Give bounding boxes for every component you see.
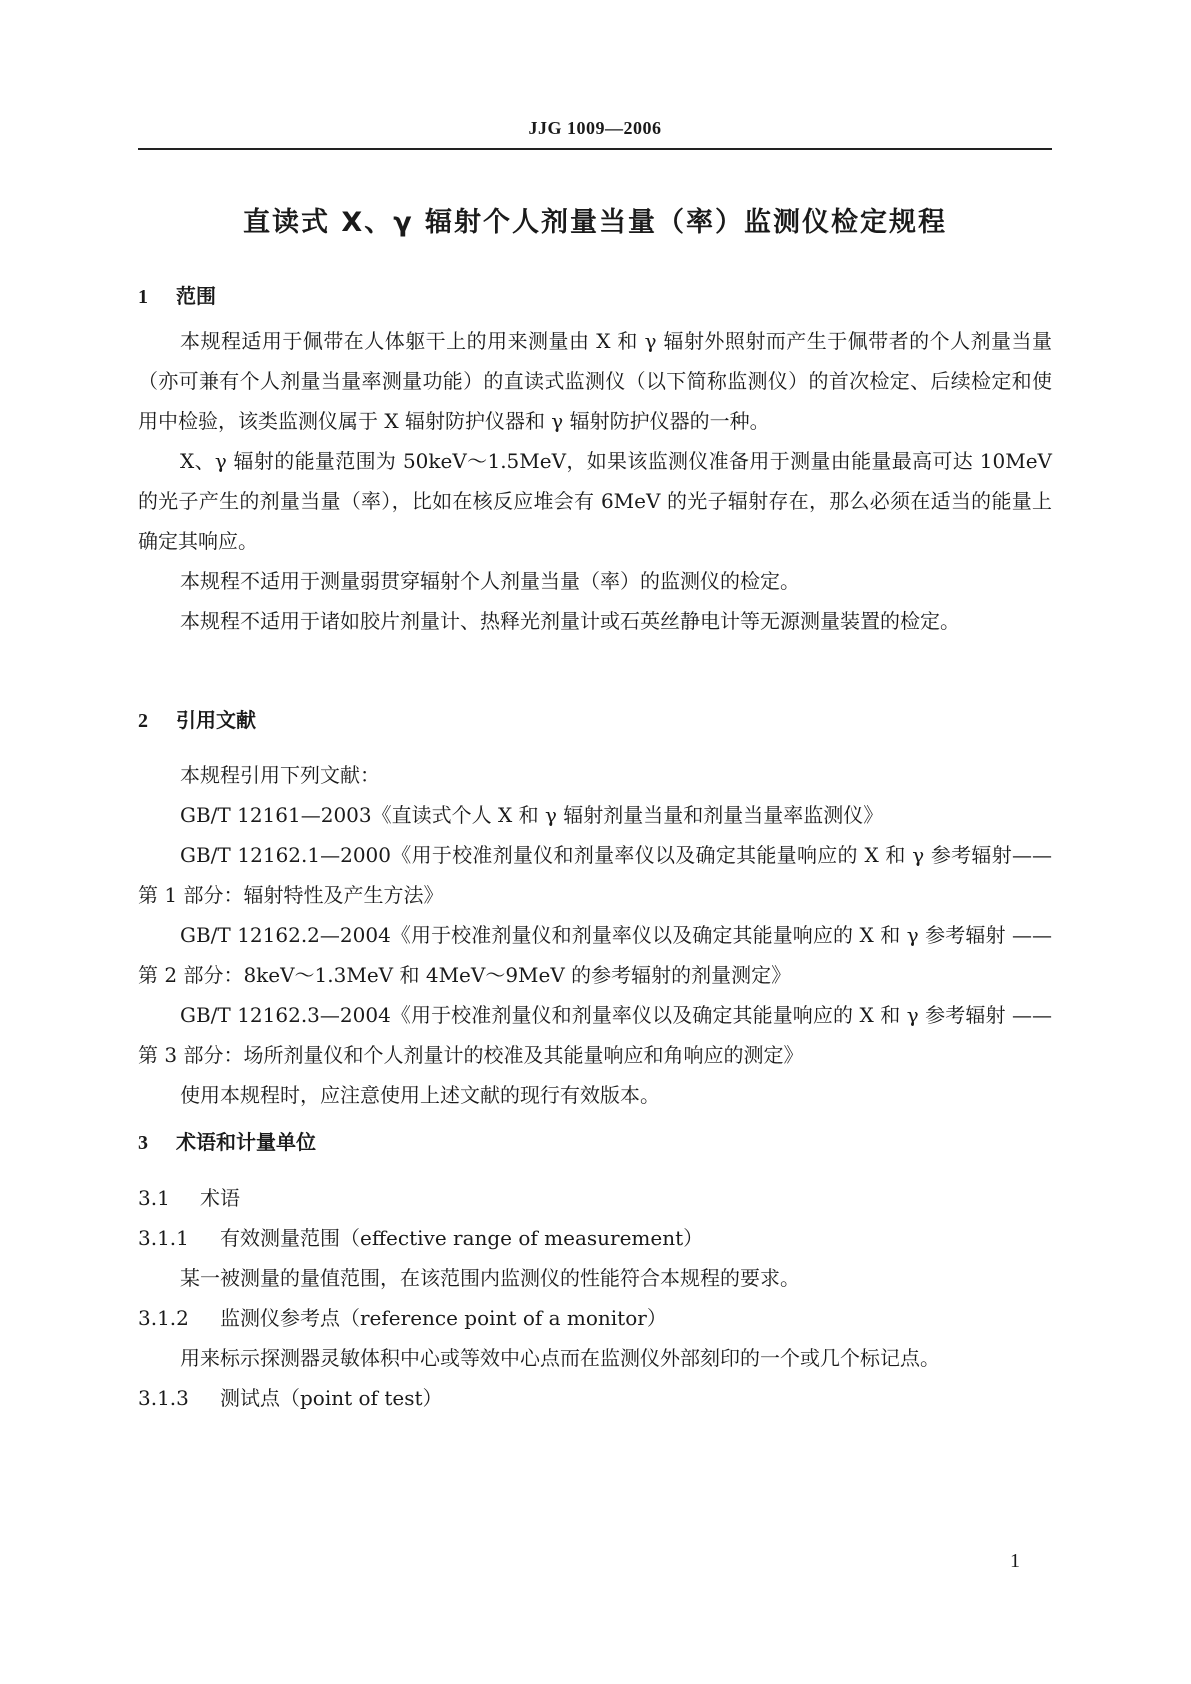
paragraph: 本规程不适用于测量弱贯穿辐射个人剂量当量（率）的监测仪的检定。: [138, 561, 1052, 601]
paragraph: 本规程不适用于诸如胶片剂量计、热释光剂量计或石英丝静电计等无源测量装置的检定。: [138, 601, 1052, 641]
term-heading: 3.1.1有效测量范围（effective range of measureme…: [138, 1218, 1052, 1258]
section-2-body: 本规程引用下列文献： GB/T 12161—2003《直读式个人 X 和 γ 辐…: [138, 755, 1052, 1115]
subsection-number: 3.1: [138, 1178, 200, 1218]
section-2-heading: 2引用文献: [138, 700, 1052, 741]
section-3-body: 3.1术语 3.1.1有效测量范围（effective range of mea…: [138, 1178, 1052, 1418]
references-closing: 使用本规程时，应注意使用上述文献的现行有效版本。: [138, 1075, 1052, 1115]
term-definition: 某一被测量的量值范围，在该范围内监测仪的性能符合本规程的要求。: [138, 1258, 1052, 1298]
reference-item: GB/T 12162.3—2004《用于校准剂量仪和剂量率仪以及确定其能量响应的…: [138, 995, 1052, 1075]
page-number: 1: [1010, 1550, 1020, 1573]
term-heading: 3.1.2监测仪参考点（reference point of a monitor…: [138, 1298, 1052, 1338]
header-rule: [138, 148, 1052, 150]
term-number: 3.1.2: [138, 1298, 220, 1338]
reference-item: GB/T 12161—2003《直读式个人 X 和 γ 辐射剂量当量和剂量当量率…: [138, 795, 1052, 835]
document-page: JJG 1009—2006 直读式 X、γ 辐射个人剂量当量（率）监测仪检定规程…: [0, 0, 1191, 1684]
term-number: 3.1.1: [138, 1218, 220, 1258]
section-title: 引用文献: [176, 708, 256, 732]
paragraph: 本规程适用于佩带在人体躯干上的用来测量由 X 和 γ 辐射外照射而产生于佩带者的…: [138, 321, 1052, 441]
document-title: 直读式 X、γ 辐射个人剂量当量（率）监测仪检定规程: [138, 200, 1052, 239]
subsection-title: 术语: [200, 1186, 240, 1210]
subsection-heading: 3.1术语: [138, 1178, 1052, 1218]
section-number: 2: [138, 701, 176, 741]
term-title: 监测仪参考点（reference point of a monitor）: [220, 1306, 667, 1330]
term-definition: 用来标示探测器灵敏体积中心或等效中心点而在监测仪外部刻印的一个或几个标记点。: [138, 1338, 1052, 1378]
section-number: 1: [138, 277, 176, 317]
term-title: 有效测量范围（effective range of measurement）: [220, 1226, 703, 1250]
term-heading: 3.1.3测试点（point of test）: [138, 1378, 1052, 1418]
section-title: 术语和计量单位: [176, 1130, 316, 1154]
reference-item: GB/T 12162.2—2004《用于校准剂量仪和剂量率仪以及确定其能量响应的…: [138, 915, 1052, 995]
paragraph: X、γ 辐射的能量范围为 50keV～1.5MeV，如果该监测仪准备用于测量由能…: [138, 441, 1052, 561]
reference-item: GB/T 12162.1—2000《用于校准剂量仪和剂量率仪以及确定其能量响应的…: [138, 835, 1052, 915]
running-header: JJG 1009—2006: [138, 118, 1052, 139]
term-number: 3.1.3: [138, 1378, 220, 1418]
section-3-heading: 3术语和计量单位: [138, 1122, 1052, 1163]
section-number: 3: [138, 1123, 176, 1163]
term-title: 测试点（point of test）: [220, 1386, 443, 1410]
references-intro: 本规程引用下列文献：: [138, 755, 1052, 795]
section-1-heading: 1范围: [138, 276, 1052, 317]
section-title: 范围: [176, 284, 216, 308]
section-1-body: 本规程适用于佩带在人体躯干上的用来测量由 X 和 γ 辐射外照射而产生于佩带者的…: [138, 321, 1052, 641]
